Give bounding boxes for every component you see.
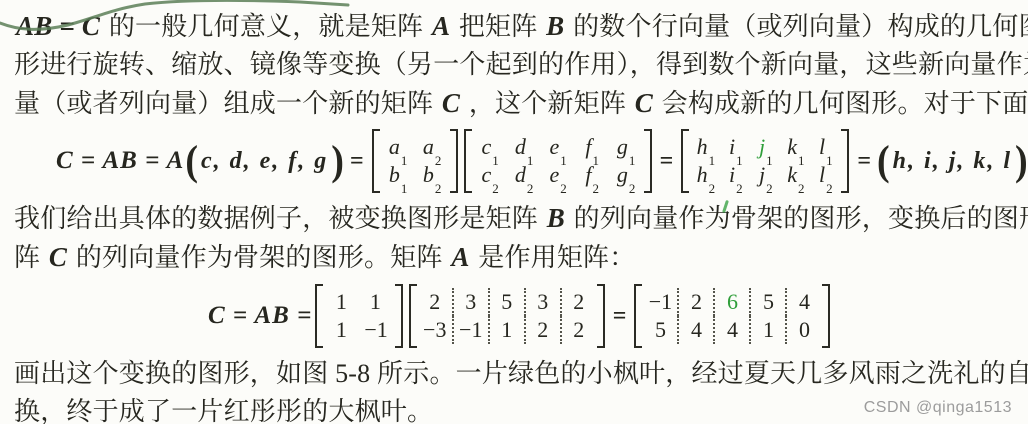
- matrix-a: a1a2b1b2: [372, 129, 458, 193]
- matrix-cell-value: 1: [763, 317, 774, 342]
- result-vector: h, i, j, k, l: [893, 148, 1012, 175]
- matrix-cell-subscript: 1: [709, 153, 716, 168]
- text-run: 形进行旋转、缩放、镜像等变换（另一个起到的作用），得到数个新向量，这些新向量作为…: [14, 50, 1028, 79]
- matrix-row: −3−1122: [418, 316, 596, 344]
- matrix-cell-value: 2: [537, 317, 548, 342]
- matrix-cell-value: −1: [364, 317, 387, 342]
- matrix-cell-subscript: 1: [527, 153, 534, 168]
- equals-sign: =: [857, 148, 871, 175]
- matrix-cell-value: j: [759, 134, 765, 159]
- matrix-cell-value: d: [515, 134, 526, 159]
- matrix-cell: 5: [749, 288, 785, 316]
- matrix-cell: 1: [488, 316, 524, 344]
- right-paren: ): [1015, 140, 1028, 183]
- left-paren: (: [877, 140, 890, 183]
- matrix-cell-value: a: [389, 134, 400, 159]
- matrix-cell: 1: [324, 316, 358, 344]
- matrix-cell-subscript: 1: [826, 153, 833, 168]
- math-symbol: A: [430, 11, 452, 41]
- text-run: 的列向量作为骨架的图形。矩阵: [69, 243, 449, 272]
- matrix-cell-value: l: [819, 162, 825, 187]
- text-run: 把矩阵: [452, 12, 544, 41]
- math-symbol: AB = C: [14, 11, 102, 41]
- matrix-cell-subscript: 2: [560, 181, 567, 196]
- text-run: 阵: [14, 243, 47, 272]
- matrix-cell: 5: [488, 288, 524, 316]
- matrix-cell: j1: [750, 133, 780, 161]
- matrix-cell: 4: [677, 316, 713, 344]
- matrix-row: c1d1e1f1g1: [473, 133, 643, 161]
- right-paren: ): [331, 140, 344, 183]
- matrix-cell: 4: [785, 288, 821, 316]
- matrix-cell: g1: [609, 133, 643, 161]
- matrix-cell-value: a: [423, 134, 434, 159]
- text-run: ，这个新矩阵: [462, 89, 633, 118]
- matrix-cell: 2: [524, 316, 560, 344]
- matrix-cell-subscript: 2: [492, 181, 499, 196]
- matrix-cell-value: g: [617, 162, 628, 187]
- matrix-row: −12654: [643, 288, 821, 316]
- matrix-cell-value: g: [617, 134, 628, 159]
- matrix-cell-value: 5: [501, 289, 512, 314]
- matrix-cell: k1: [780, 133, 810, 161]
- matrix-cell-value: 3: [537, 289, 548, 314]
- matrix-cell: b1: [381, 161, 415, 189]
- matrix-cell-subscript: 1: [560, 153, 567, 168]
- matrix-cell: k2: [780, 161, 810, 189]
- text-line: 我们给出具体的数据例子，被变换图形是矩阵 B 的列向量作为骨架的图形，变换后的图…: [0, 199, 1028, 238]
- matrix-cell-subscript: 1: [736, 153, 743, 168]
- math-symbol: B: [545, 203, 567, 233]
- math-symbol: C: [440, 88, 462, 118]
- matrix-cell-value: 4: [691, 317, 702, 342]
- matrix-cell: 6: [713, 288, 749, 316]
- matrix-cell-subscript: 2: [527, 181, 534, 196]
- matrix-row: 54410: [643, 316, 821, 344]
- matrix-cell-value: l: [819, 134, 825, 159]
- matrix-cell-value: b: [389, 162, 400, 187]
- matrix-c-values: −1265454410: [634, 284, 830, 348]
- matrix-cell-subscript: 2: [435, 153, 442, 168]
- vector-args: c, d, e, f, g: [201, 148, 328, 175]
- text-line: 量（或者列向量）组成一个新的矩阵 C ，这个新矩阵 C 会构成新的几何图形。对于…: [0, 84, 1028, 123]
- matrix-cell-value: e: [550, 162, 560, 187]
- left-paren: (: [185, 140, 198, 183]
- matrix-cell-value: −1: [459, 317, 482, 342]
- matrix-cell-value: h: [697, 134, 708, 159]
- text-run: 我们给出具体的数据例子，被变换图形是矩阵: [14, 204, 545, 233]
- matrix-cell-value: 3: [465, 289, 476, 314]
- matrix-cell-subscript: 2: [766, 181, 773, 196]
- text-run: 画出这个变换的图形，如图 5-8 所示。一片绿色的小枫叶，经过夏天几多风雨之洗礼…: [14, 359, 1028, 388]
- matrix-cell: −1: [452, 316, 488, 344]
- matrix-cell-value: 2: [573, 289, 584, 314]
- matrix-cell-subscript: 1: [401, 181, 408, 196]
- text-line: 画出这个变换的图形，如图 5-8 所示。一片绿色的小枫叶，经过夏天几多风雨之洗礼…: [0, 355, 1028, 393]
- matrix-cell-value: 1: [336, 289, 347, 314]
- math-symbol: C: [47, 242, 69, 272]
- matrix-cell-value: 1: [370, 289, 381, 314]
- matrix-cell-value: k: [787, 162, 797, 187]
- matrix-cell-subscript: 2: [709, 181, 716, 196]
- matrix-cell-value: h: [697, 162, 708, 187]
- matrix-cell-value: i: [729, 162, 735, 187]
- matrix-cell: 2: [560, 316, 596, 344]
- matrix-cell: 1: [749, 316, 785, 344]
- matrix-cell-value: 2: [691, 289, 702, 314]
- equation-lead: C = AB =: [208, 302, 312, 330]
- matrix-cell-value: c: [482, 134, 492, 159]
- matrix-cell-subscript: 2: [435, 181, 442, 196]
- matrix-cell-subscript: 1: [401, 153, 408, 168]
- text-run: 换，终于成了一片红彤彤的大枫叶。: [14, 397, 433, 424]
- matrix-cell-subscript: 1: [492, 153, 499, 168]
- matrix-cell: 2: [418, 288, 452, 316]
- matrix-cell: 5: [643, 316, 677, 344]
- text-run: 的数个行向量（或列向量）构成的几何图: [566, 12, 1028, 41]
- matrix-cell-value: b: [423, 162, 434, 187]
- text-line: 阵 C 的列向量作为骨架的图形。矩阵 A 是作用矩阵：: [0, 238, 1028, 277]
- matrix-cell-value: j: [759, 162, 765, 187]
- equals-sign: =: [660, 148, 674, 175]
- matrix-cell: −1: [643, 288, 677, 316]
- matrix-cell-subscript: 2: [629, 181, 636, 196]
- math-symbol: C: [633, 88, 655, 118]
- matrix-cell-subscript: 1: [592, 153, 599, 168]
- text-run: 会构成新的几何图形。对于下面的乘式：: [655, 89, 1028, 118]
- matrix-cell-value: 2: [429, 289, 440, 314]
- watermark: CSDN @qinga1513: [864, 399, 1012, 417]
- text-line: 形进行旋转、缩放、镜像等变换（另一个起到的作用），得到数个新向量，这些新向量作为…: [0, 46, 1028, 84]
- text-run: 的列向量作为骨架的图形，变换后的图形是矩: [567, 204, 1028, 233]
- matrix-cell: −1: [358, 316, 393, 344]
- matrix-cell-value: 2: [573, 317, 584, 342]
- matrix-cell: d2: [507, 161, 541, 189]
- matrix-cell: c2: [473, 161, 507, 189]
- text-line: AB = C 的一般几何意义，就是矩阵 A 把矩阵 B 的数个行向量（或列向量）…: [0, 7, 1028, 46]
- matrix-cell-value: 4: [727, 317, 738, 342]
- matrix-c: h1i1j1k1l1h2i2j2k2l2: [681, 129, 849, 193]
- matrix-cell: 3: [452, 288, 488, 316]
- matrix-cell-value: 4: [799, 289, 810, 314]
- matrix-row: 23532: [418, 288, 596, 316]
- text-run: 的一般几何意义，就是矩阵: [102, 12, 430, 41]
- matrix-cell-subscript: 2: [826, 181, 833, 196]
- equation-symbolic: C = AB = A ( c, d, e, f, g ) = a1a2b1b2 …: [56, 123, 1028, 199]
- matrix-cell-value: d: [515, 162, 526, 187]
- matrix-cell: 0: [785, 316, 821, 344]
- matrix-cell: c1: [473, 133, 507, 161]
- matrix-row: h1i1j1k1l1: [690, 133, 840, 161]
- matrix-cell-value: 1: [336, 317, 347, 342]
- matrix-cell-value: f: [585, 134, 591, 159]
- matrix-cell: b2: [415, 161, 449, 189]
- equals-sign: =: [613, 303, 627, 330]
- matrix-cell-value: 0: [799, 317, 810, 342]
- text-run: 量（或者列向量）组成一个新的矩阵: [14, 89, 440, 118]
- matrix-cell-subscript: 1: [798, 153, 805, 168]
- matrix-cell-value: k: [787, 134, 797, 159]
- matrix-cell-subscript: 2: [798, 181, 805, 196]
- matrix-cell-subscript: 1: [766, 153, 773, 168]
- matrix-cell-value: −1: [649, 289, 672, 314]
- matrix-cell-value: 5: [763, 289, 774, 314]
- math-symbol: B: [544, 11, 566, 41]
- math-symbol: A: [449, 242, 471, 272]
- matrix-cell-subscript: 2: [736, 181, 743, 196]
- text-run: 是作用矩阵：: [472, 243, 636, 272]
- matrix-cell: 3: [524, 288, 560, 316]
- equation-lead: C = AB = A: [56, 147, 184, 175]
- matrix-cell: 2: [677, 288, 713, 316]
- equation-numeric: C = AB = 111−1 23532−3−1122 = −126545441…: [208, 277, 1028, 355]
- matrix-cell-value: 6: [727, 289, 738, 314]
- matrix-cell: −3: [418, 316, 452, 344]
- matrix-cell-value: f: [585, 162, 591, 187]
- matrix-cell: 1: [358, 288, 392, 316]
- matrix-cell: a1: [381, 133, 415, 161]
- matrix-cell: e2: [541, 161, 575, 189]
- matrix-cell: h1: [690, 133, 720, 161]
- matrix-cell-value: c: [482, 162, 492, 187]
- matrix-b: c1d1e1f1g1c2d2e2f2g2: [464, 129, 652, 193]
- matrix-cell-value: e: [550, 134, 560, 159]
- matrix-cell: f1: [575, 133, 609, 161]
- matrix-cell: 1: [324, 288, 358, 316]
- matrix-b-values: 23532−3−1122: [409, 284, 605, 348]
- matrix-cell: a2: [415, 133, 449, 161]
- matrix-a-values: 111−1: [315, 284, 402, 348]
- matrix-cell-value: 1: [501, 317, 512, 342]
- matrix-row: a1a2: [381, 133, 449, 161]
- matrix-cell: i1: [720, 133, 750, 161]
- matrix-cell-subscript: 2: [592, 181, 599, 196]
- document-page: AB = C 的一般几何意义，就是矩阵 A 把矩阵 B 的数个行向量（或列向量）…: [0, 0, 1028, 424]
- matrix-cell-value: −3: [423, 317, 446, 342]
- equals-sign: =: [350, 148, 364, 175]
- matrix-cell: l1: [810, 133, 840, 161]
- matrix-row: 1−1: [324, 316, 393, 344]
- matrix-cell-value: 5: [655, 317, 666, 342]
- matrix-cell: e1: [541, 133, 575, 161]
- matrix-cell: 4: [713, 316, 749, 344]
- matrix-cell: h2: [690, 161, 720, 189]
- matrix-row: 11: [324, 288, 393, 316]
- matrix-cell-subscript: 1: [629, 153, 636, 168]
- matrix-cell: d1: [507, 133, 541, 161]
- matrix-cell: 2: [560, 288, 596, 316]
- matrix-cell: g2: [609, 161, 643, 189]
- matrix-cell-value: i: [729, 134, 735, 159]
